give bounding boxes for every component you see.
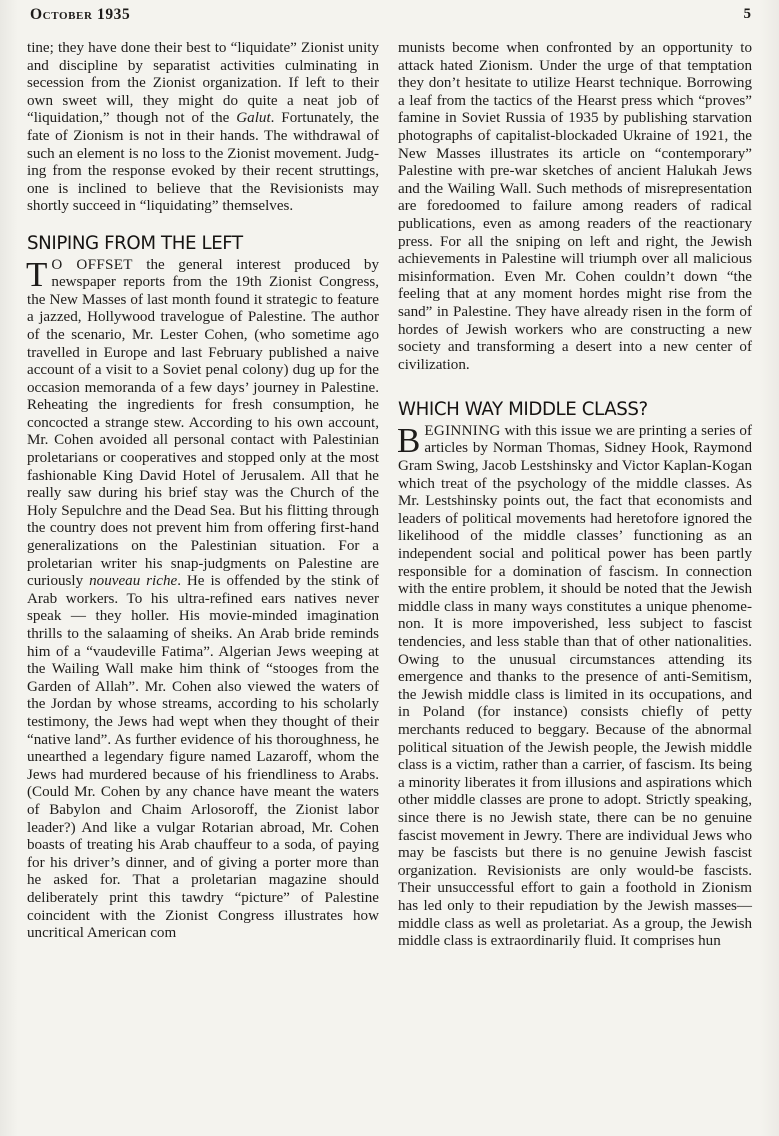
issue-date: October 1935 — [30, 6, 130, 24]
continued-paragraph-right: munists become when confronted by an opp… — [398, 40, 752, 374]
magazine-page: October 1935 5 tine; they have done thei… — [0, 0, 779, 1136]
section-body-sniping: TO OFFSET the general interest produced … — [27, 257, 379, 943]
drop-cap: T — [26, 259, 47, 289]
section-heading-middle-class: WHICH WAY MIDDLE CLASS? — [398, 401, 752, 419]
page-number: 5 — [744, 6, 752, 23]
continued-paragraph: tine; they have done their best to “liqu… — [27, 40, 379, 216]
drop-cap: B — [397, 425, 420, 455]
lead-in-caps: EGINNING — [424, 423, 500, 439]
section-body-middle-class: BEGINNING with this issue we are printin… — [398, 423, 752, 951]
left-column: tine; they have done their best to “liqu… — [27, 40, 379, 943]
running-head: October 1935 5 — [28, 6, 751, 26]
lead-in-caps: O OFFSET — [51, 257, 132, 273]
italic-term: Galut — [236, 110, 270, 126]
italic-phrase: nouveau riche — [89, 573, 177, 589]
right-column: munists become when confronted by an opp… — [398, 40, 752, 951]
section-heading-sniping: SNIPING FROM THE LEFT — [27, 235, 379, 253]
